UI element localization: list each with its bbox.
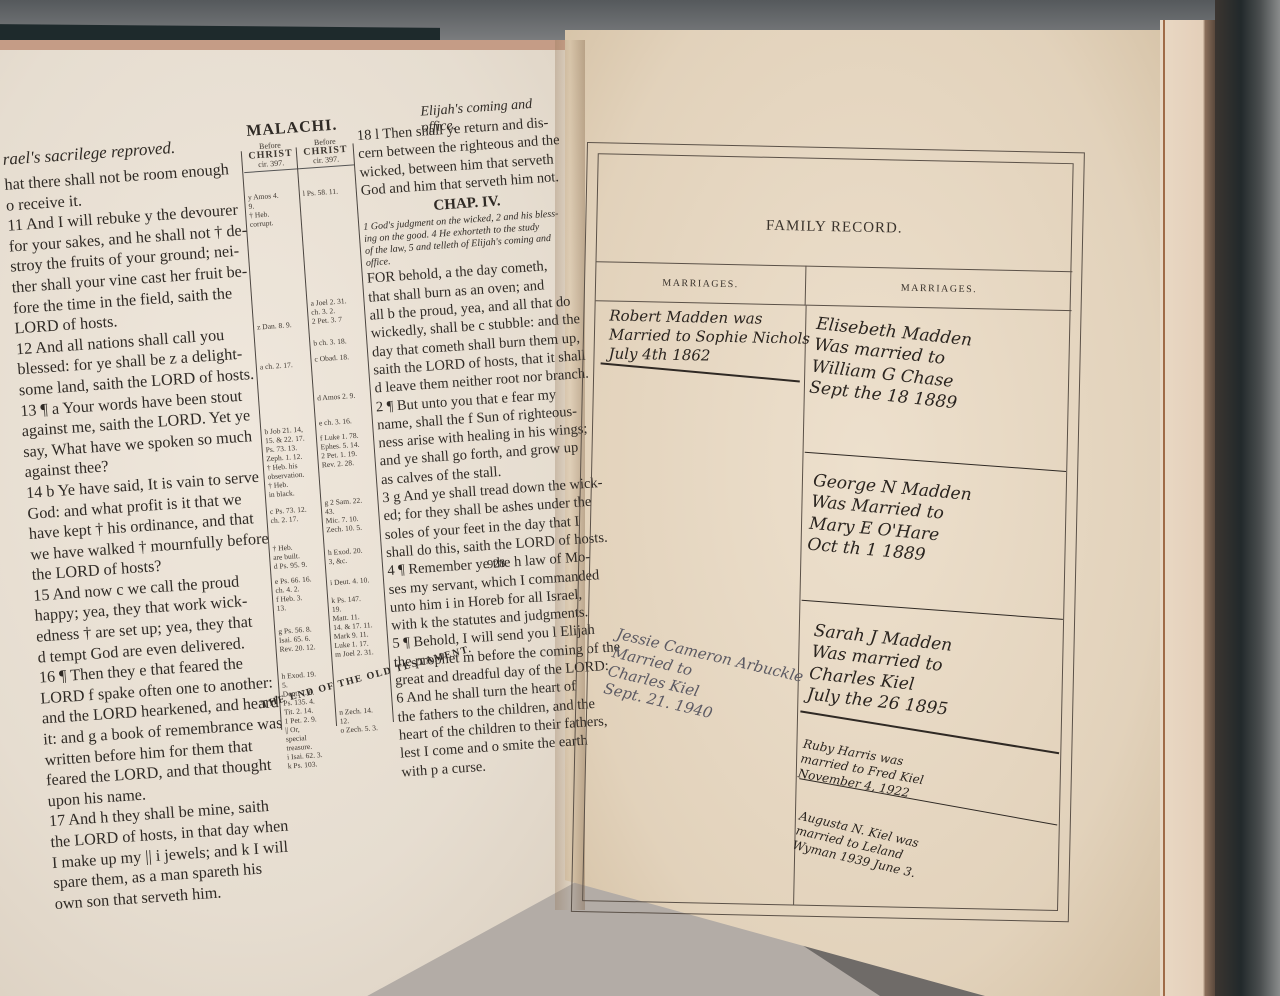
marginal-reference: y Amos 4. 9. † Heb. corrupt. [248,191,281,229]
marginal-references-1: Before CHRIST cir. 397. y Amos 4. 9. † H… [242,139,299,176]
marriages-header-left: MARRIAGES. [596,261,807,305]
marginal-reference: b ch. 3. 18. [313,336,347,347]
marginal-reference: b Job 21. 14, 15. & 22. 17. Ps. 73. 13. … [264,425,309,500]
entry-sarah-madden: Sarah J Madden Was married to Charles Ki… [806,621,956,721]
marginal-reference: e ch. 3. 16. [319,416,352,427]
main-text-column: hat there shall not be room enougho rece… [4,158,290,914]
marginal-reference: a Joel 2. 31. ch. 3. 2. 2 Pet. 3. 7 [310,296,348,325]
book-cover-right [1215,0,1280,996]
entry-divider [802,600,1063,620]
marginal-reference: e Ps. 66. 16. ch. 4. 2. f Heb. 3. 13. [275,574,314,612]
malachi-text-block: rael's sacrilege reproved. MALACHI. Elij… [0,81,602,739]
marginal-reference: n Zech. 14. 12. o Zech. 5. 3. [339,705,378,735]
margin-header: Before CHRIST cir. 397. [297,135,354,169]
marginal-reference: d Amos 2. 9. [317,391,356,403]
marginal-references-2: Before CHRIST cir. 397. l Ps. 58. 11.a J… [297,135,354,172]
marginal-reference: g Ps. 56. 8. Isai. 65. 6. Rev. 20. 12. [278,624,316,653]
entry-divider [805,452,1066,472]
entry-george-madden: George N Madden Was Married to Mary E O'… [806,471,972,570]
margin-header: Before CHRIST cir. 397. [242,139,299,173]
marginal-reference: z Dan. 8. 9. [257,320,292,331]
entry-ruby-harris: Ruby Harris was married to Fred Kiel Nov… [797,737,928,803]
marginal-reference: k Ps. 147. 19. Matt. 11. 14. & 17. 11. M… [331,593,375,659]
marginal-reference: f Luke 1. 78. Ephes. 5. 14. 2 Pet. 1. 19… [320,431,361,470]
marginal-reference: c Obad. 18. [314,352,349,363]
form-inner-border: FAMILY RECORD. MARRIAGES. MARRIAGES. Rob… [582,153,1074,911]
marginal-reference: g 2 Sam. 22. 43. Mic. 7. 10. Zech. 10. 5… [324,496,364,535]
marginal-reference: † Heb. are built. d Ps. 95. 9. [272,542,307,571]
family-record-title: FAMILY RECORD. [597,214,1071,241]
entry-augusta-kiel: Augusta N. Kiel was married to Leland Wy… [791,809,924,882]
marginal-reference: l Ps. 58. 11. [303,187,339,198]
marginal-reference: i Deut. 4. 10. [330,575,370,587]
entry-robert-madden: Robert Madden was Married to Sophie Nich… [608,307,810,367]
entry-elisebeth-madden: Elisebeth Madden Was married to William … [808,314,973,415]
marriages-header-right: MARRIAGES. [806,266,1073,312]
marginal-reference: a ch. 2. 17. [260,360,293,371]
family-record-form: FAMILY RECORD. MARRIAGES. MARRIAGES. Rob… [571,142,1085,922]
marginal-reference: h Exod. 20. 3, &c. [328,546,364,566]
page-number: 928 [487,556,506,572]
entry-jessie-cameron: Jessie Cameron Arbuckle Married to Charl… [602,625,805,742]
marginal-reference: c Ps. 73. 12. ch. 2. 17. [270,505,308,526]
